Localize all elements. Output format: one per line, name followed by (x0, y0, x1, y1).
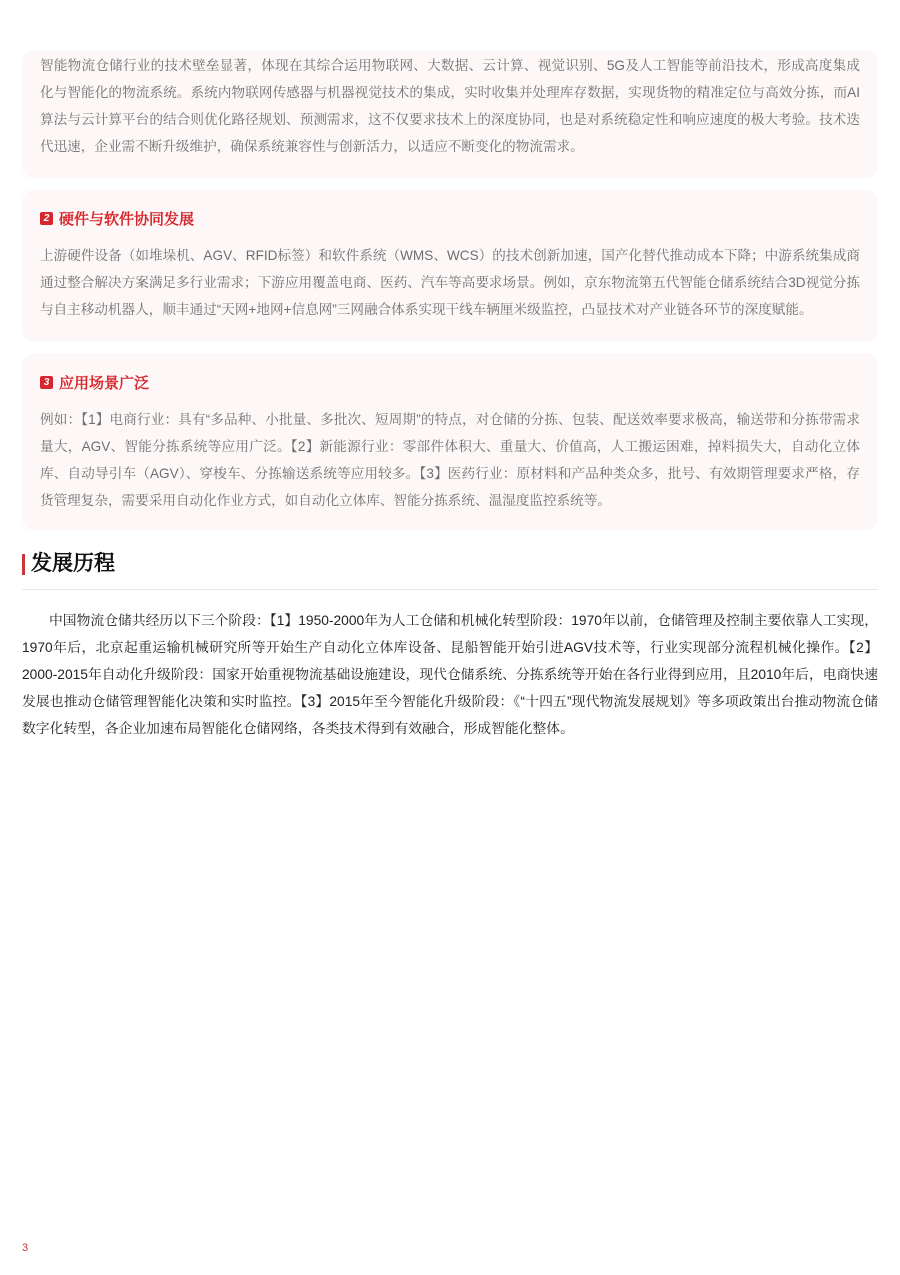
card-title: 2 硬件与软件协同发展 (40, 207, 860, 229)
number-badge-icon: 3 (40, 376, 53, 389)
card-body-text: 智能物流仓储行业的技术壁垒显著，体现在其综合运用物联网、大数据、云计算、视觉识别… (40, 52, 860, 160)
card-body-text: 上游硬件设备（如堆垛机、AGV、RFID标签）和软件系统（WMS、WCS）的技术… (40, 242, 860, 323)
card-title-text: 应用场景广泛 (59, 372, 149, 393)
page-number: 3 (22, 1242, 28, 1254)
number-badge-icon: 2 (40, 212, 53, 225)
card-title: 3 应用场景广泛 (40, 371, 860, 393)
section-title: 发展历程 (31, 548, 115, 580)
feature-card-application-scenarios: 3 应用场景广泛 例如：【1】电商行业：具有“多品种、小批量、多批次、短周期”的… (22, 353, 878, 530)
card-body-text: 例如：【1】电商行业：具有“多品种、小批量、多批次、短周期”的特点，对仓储的分拣… (40, 406, 860, 514)
section-header: 发展历程 (22, 548, 878, 590)
feature-card-technology-barrier: 智能物流仓储行业的技术壁垒显著，体现在其综合运用物联网、大数据、云计算、视觉识别… (22, 50, 878, 178)
section-body-text: 中国物流仓储共经历以下三个阶段：【1】1950-2000年为人工仓储和机械化转型… (22, 607, 878, 742)
card-title-text: 硬件与软件协同发展 (59, 208, 194, 229)
section-accent-bar-icon (22, 554, 25, 575)
feature-card-hardware-software: 2 硬件与软件协同发展 上游硬件设备（如堆垛机、AGV、RFID标签）和软件系统… (22, 190, 878, 342)
